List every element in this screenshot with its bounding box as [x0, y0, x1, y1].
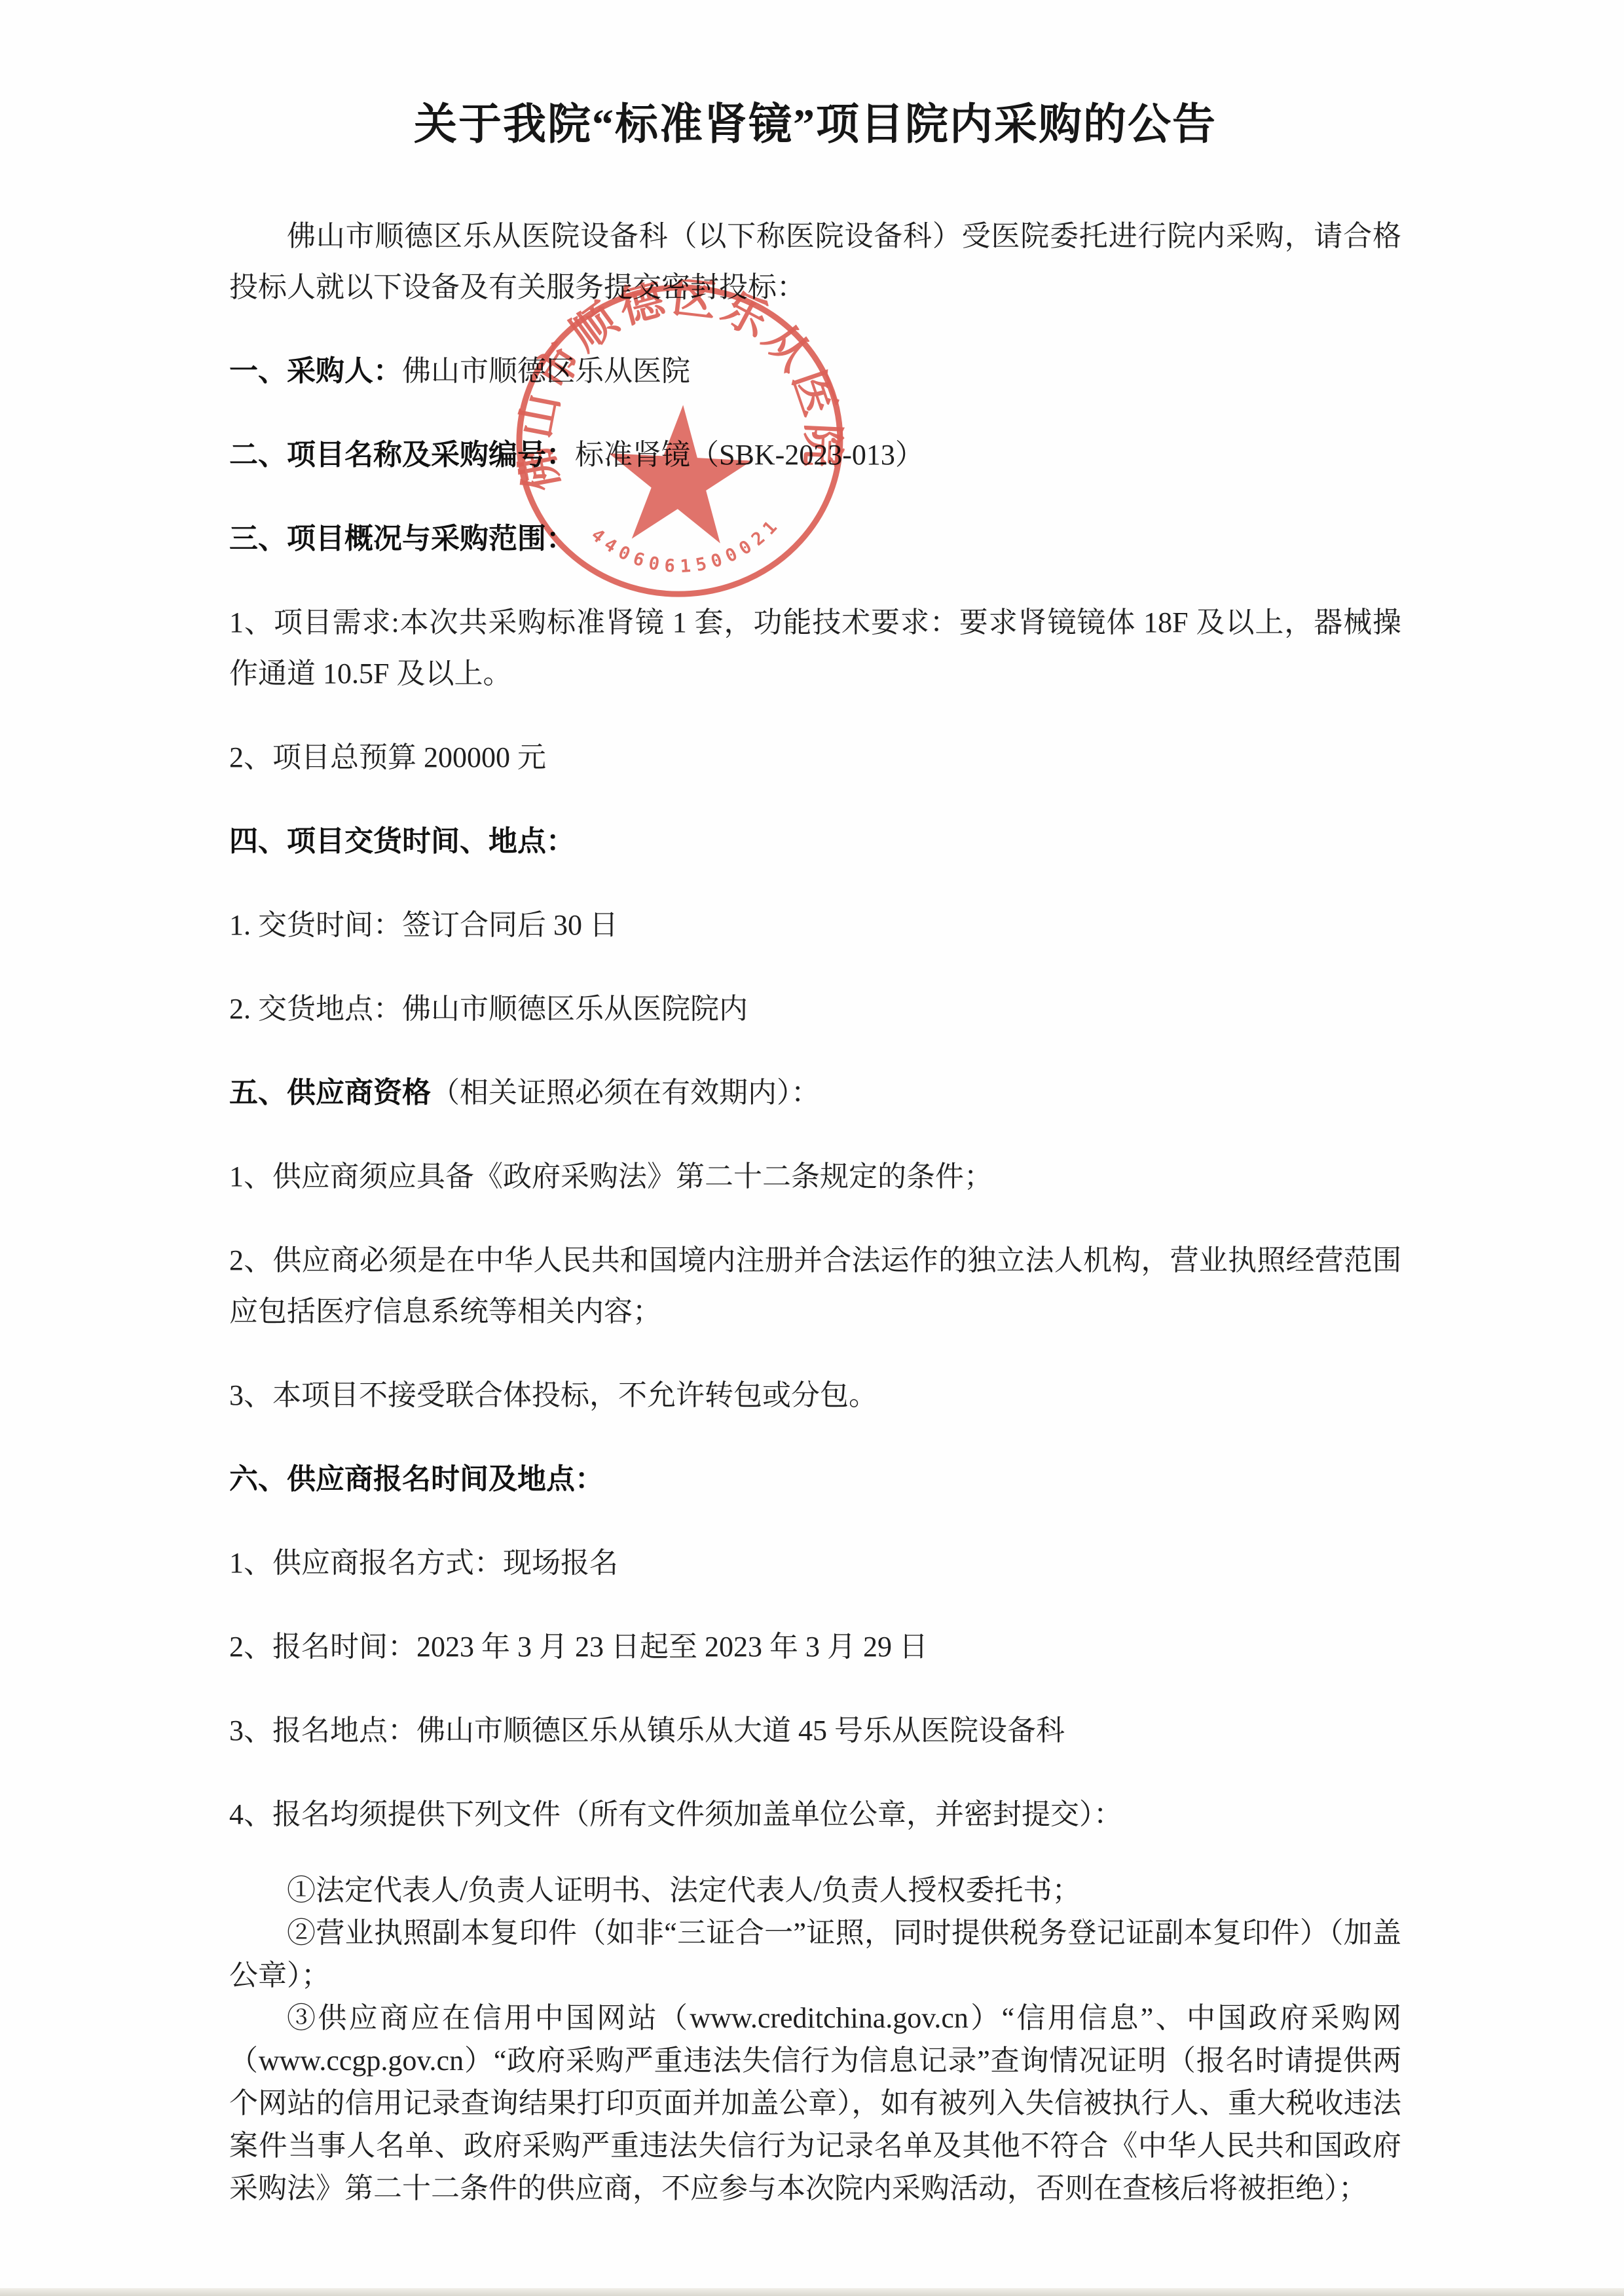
section-project-name-value: 标准肾镜（SBK-2023-013） [575, 439, 924, 471]
section-overview-label: 三、项目概况与采购范围： [229, 523, 575, 555]
intro-text: 佛山市顺德区乐从医院设备科（以下称医院设备科）受医院委托进行院内采购，请合格投标… [229, 220, 1401, 303]
required-document-1: ①法定代表人/负责人证明书、法定代表人/负责人授权委托书； [229, 1869, 1401, 1912]
section-qualification-note: （相关证照必须在有效期内）： [431, 1077, 820, 1109]
item-delivery-place-text: 2. 交货地点：佛山市顺德区乐从医院院内 [229, 993, 748, 1025]
item-qualification-3-text: 3、本项目不接受联合体投标，不允许转包或分包。 [229, 1379, 877, 1411]
section-purchaser: 一、采购人：佛山市顺德区乐从医院 [229, 346, 1401, 397]
item-project-budget: 2、项目总预算 200000 元 [229, 732, 1401, 783]
section-project-name: 二、项目名称及采购编号：标准肾镜（SBK-2023-013） [229, 430, 1401, 481]
item-qualification-2: 2、供应商必须是在中华人民共和国境内注册并合法运作的独立法人机构，营业执照经营范… [229, 1235, 1401, 1337]
item-qualification-1-text: 1、供应商须应具备《政府采购法》第二十二条规定的条件； [229, 1160, 993, 1193]
required-document-1-text: ①法定代表人/负责人证明书、法定代表人/负责人授权委托书； [287, 1874, 1080, 1906]
item-delivery-time: 1. 交货时间：签订合同后 30 日 [229, 900, 1401, 951]
section-delivery-label: 四、项目交货时间、地点： [229, 825, 575, 857]
section-overview-heading: 三、项目概况与采购范围： [229, 513, 1401, 565]
item-registration-method-text: 1、供应商报名方式：现场报名 [229, 1547, 618, 1579]
section-qualification-heading: 五、供应商资格（相关证照必须在有效期内）： [229, 1067, 1401, 1119]
section-registration-label: 六、供应商报名时间及地点： [229, 1463, 604, 1495]
item-project-budget-text: 2、项目总预算 200000 元 [229, 741, 546, 773]
item-qualification-1: 1、供应商须应具备《政府采购法》第二十二条规定的条件； [229, 1151, 1401, 1202]
item-registration-place-text: 3、报名地点：佛山市顺德区乐从镇乐从大道 45 号乐从医院设备科 [229, 1714, 1065, 1747]
item-registration-method: 1、供应商报名方式：现场报名 [229, 1538, 1401, 1589]
section-qualification-label: 五、供应商资格 [229, 1077, 431, 1109]
required-document-3: ③供应商应在信用中国网站（www.creditchina.gov.cn）“信用信… [229, 1997, 1401, 2210]
item-registration-documents-text: 4、报名均须提供下列文件（所有文件须加盖单位公章，并密封提交）： [229, 1798, 1122, 1830]
required-document-3-text: ③供应商应在信用中国网站（www.creditchina.gov.cn）“信用信… [229, 2002, 1401, 2204]
item-qualification-3: 3、本项目不接受联合体投标，不允许转包或分包。 [229, 1370, 1401, 1421]
page-title: 关于我院“标准肾镜”项目院内采购的公告 [229, 97, 1401, 153]
section-delivery-heading: 四、项目交货时间、地点： [229, 816, 1401, 867]
required-document-2-text: ②营业执照副本复印件（如非“三证合一”证照，同时提供税务登记证副本复印件）（加盖… [229, 1917, 1401, 1991]
section-registration-heading: 六、供应商报名时间及地点： [229, 1454, 1401, 1505]
item-project-requirement: 1、项目需求:本次共采购标准肾镜 1 套，功能技术要求：要求肾镜镜体 18F 及… [229, 597, 1401, 699]
required-document-2: ②营业执照副本复印件（如非“三证合一”证照，同时提供税务登记证副本复印件）（加盖… [229, 1912, 1401, 1997]
item-qualification-2-text: 2、供应商必须是在中华人民共和国境内注册并合法运作的独立法人机构，营业执照经营范… [229, 1244, 1401, 1327]
scanner-edge-artifact [0, 2288, 1624, 2296]
section-purchaser-label: 一、采购人： [229, 355, 402, 387]
section-purchaser-value: 佛山市顺德区乐从医院 [402, 355, 690, 387]
item-project-requirement-text: 1、项目需求:本次共采购标准肾镜 1 套，功能技术要求：要求肾镜镜体 18F 及… [229, 606, 1401, 690]
item-delivery-time-text: 1. 交货时间：签订合同后 30 日 [229, 909, 618, 941]
document-page: 关于我院“标准肾镜”项目院内采购的公告 佛山市顺德区乐从医院设备科（以下称医院设… [0, 0, 1624, 2296]
item-registration-time: 2、报名时间：2023 年 3 月 23 日起至 2023 年 3 月 29 日 [229, 1621, 1401, 1673]
item-registration-documents: 4、报名均须提供下列文件（所有文件须加盖单位公章，并密封提交）： [229, 1789, 1401, 1840]
item-registration-time-text: 2、报名时间：2023 年 3 月 23 日起至 2023 年 3 月 29 日 [229, 1631, 928, 1663]
required-documents-list: ①法定代表人/负责人证明书、法定代表人/负责人授权委托书； ②营业执照副本复印件… [229, 1869, 1401, 2210]
section-project-name-label: 二、项目名称及采购编号： [229, 439, 575, 471]
intro-paragraph: 佛山市顺德区乐从医院设备科（以下称医院设备科）受医院委托进行院内采购，请合格投标… [229, 211, 1401, 313]
item-registration-place: 3、报名地点：佛山市顺德区乐从镇乐从大道 45 号乐从医院设备科 [229, 1705, 1401, 1756]
item-delivery-place: 2. 交货地点：佛山市顺德区乐从医院院内 [229, 984, 1401, 1035]
